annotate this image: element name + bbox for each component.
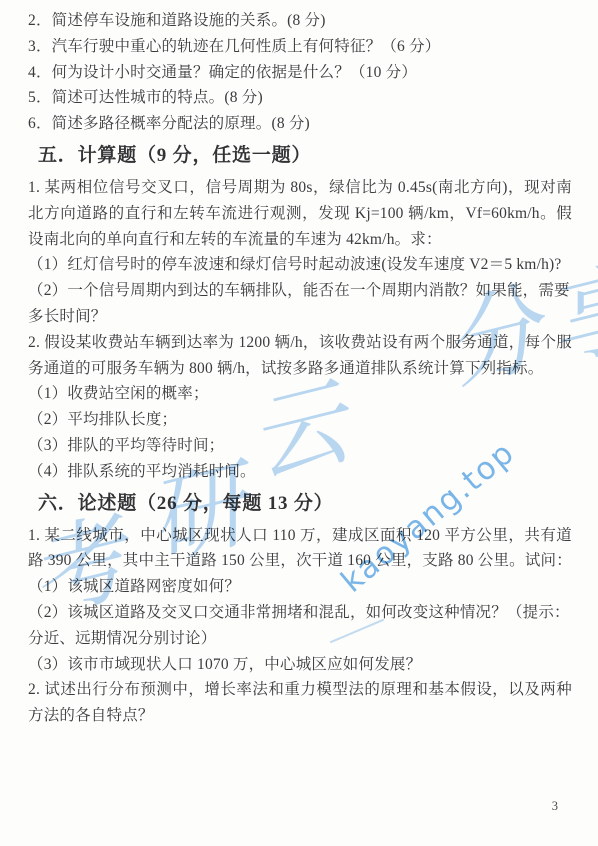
short-answer-question: 2．简述停车设施和道路设施的关系。(8 分) — [28, 8, 572, 34]
short-answer-question: 4．何为设计小时交通量？确定的依据是什么？（10 分） — [28, 60, 572, 86]
exam-page: 2．简述停车设施和道路设施的关系。(8 分)3．汽车行驶中重心的轨迹在几何性质上… — [0, 0, 598, 846]
sub-question: （1）收费站空闲的概率； — [28, 381, 572, 407]
sub-question: （2）一个信号周期内到达的车辆排队，能否在一个周期内消散？如果能，需要多长时间？ — [28, 278, 572, 330]
short-answer-question: 6．简述多路径概率分配法的原理。(8 分) — [28, 111, 572, 137]
sub-question: （4）排队系统的平均消耗时间。 — [28, 459, 572, 485]
short-answer-question: 5．简述可达性城市的特点。(8 分) — [28, 85, 572, 111]
sub-question: （3）该市市域现状人口 1070 万，中心城区应如何发展？ — [28, 652, 572, 678]
question-paragraph: 2. 试述出行分布预测中，增长率法和重力模型法的原理和基本假设，以及两种方法的各… — [28, 677, 572, 729]
sub-question: （3）排队的平均等待时间； — [28, 433, 572, 459]
short-answer-question: 3．汽车行驶中重心的轨迹在几何性质上有何特征？（6 分） — [28, 34, 572, 60]
question-paragraph: 2. 假设某收费站车辆到达率为 1200 辆/h，该收费站设有两个服务通道，每个… — [28, 330, 572, 382]
sub-question: （2）平均排队长度； — [28, 407, 572, 433]
page-number: 3 — [552, 799, 558, 814]
section-heading: 六．论述题（26 分，每题 13 分） — [38, 489, 572, 519]
sub-question: （1）该城区道路网密度如何？ — [28, 574, 572, 600]
exam-content: 2．简述停车设施和道路设施的关系。(8 分)3．汽车行驶中重心的轨迹在几何性质上… — [28, 8, 572, 729]
section-heading: 五．计算题（9 分，任选一题） — [38, 141, 572, 171]
question-paragraph: 1. 某二线城市，中心城区现状人口 110 万，建成区面积 120 平方公里，共… — [28, 523, 572, 575]
sub-question: （1）红灯信号时的停车波速和绿灯信号时起动波速(设发车速度 V2＝5 km/h)… — [28, 252, 572, 278]
question-paragraph: 1. 某两相位信号交叉口，信号周期为 80s，绿信比为 0.45s(南北方向)，… — [28, 175, 572, 252]
sub-question: （2）该城区道路及交叉口交通非常拥堵和混乱，如何改变这种情况？（提示：分近、远期… — [28, 600, 572, 652]
